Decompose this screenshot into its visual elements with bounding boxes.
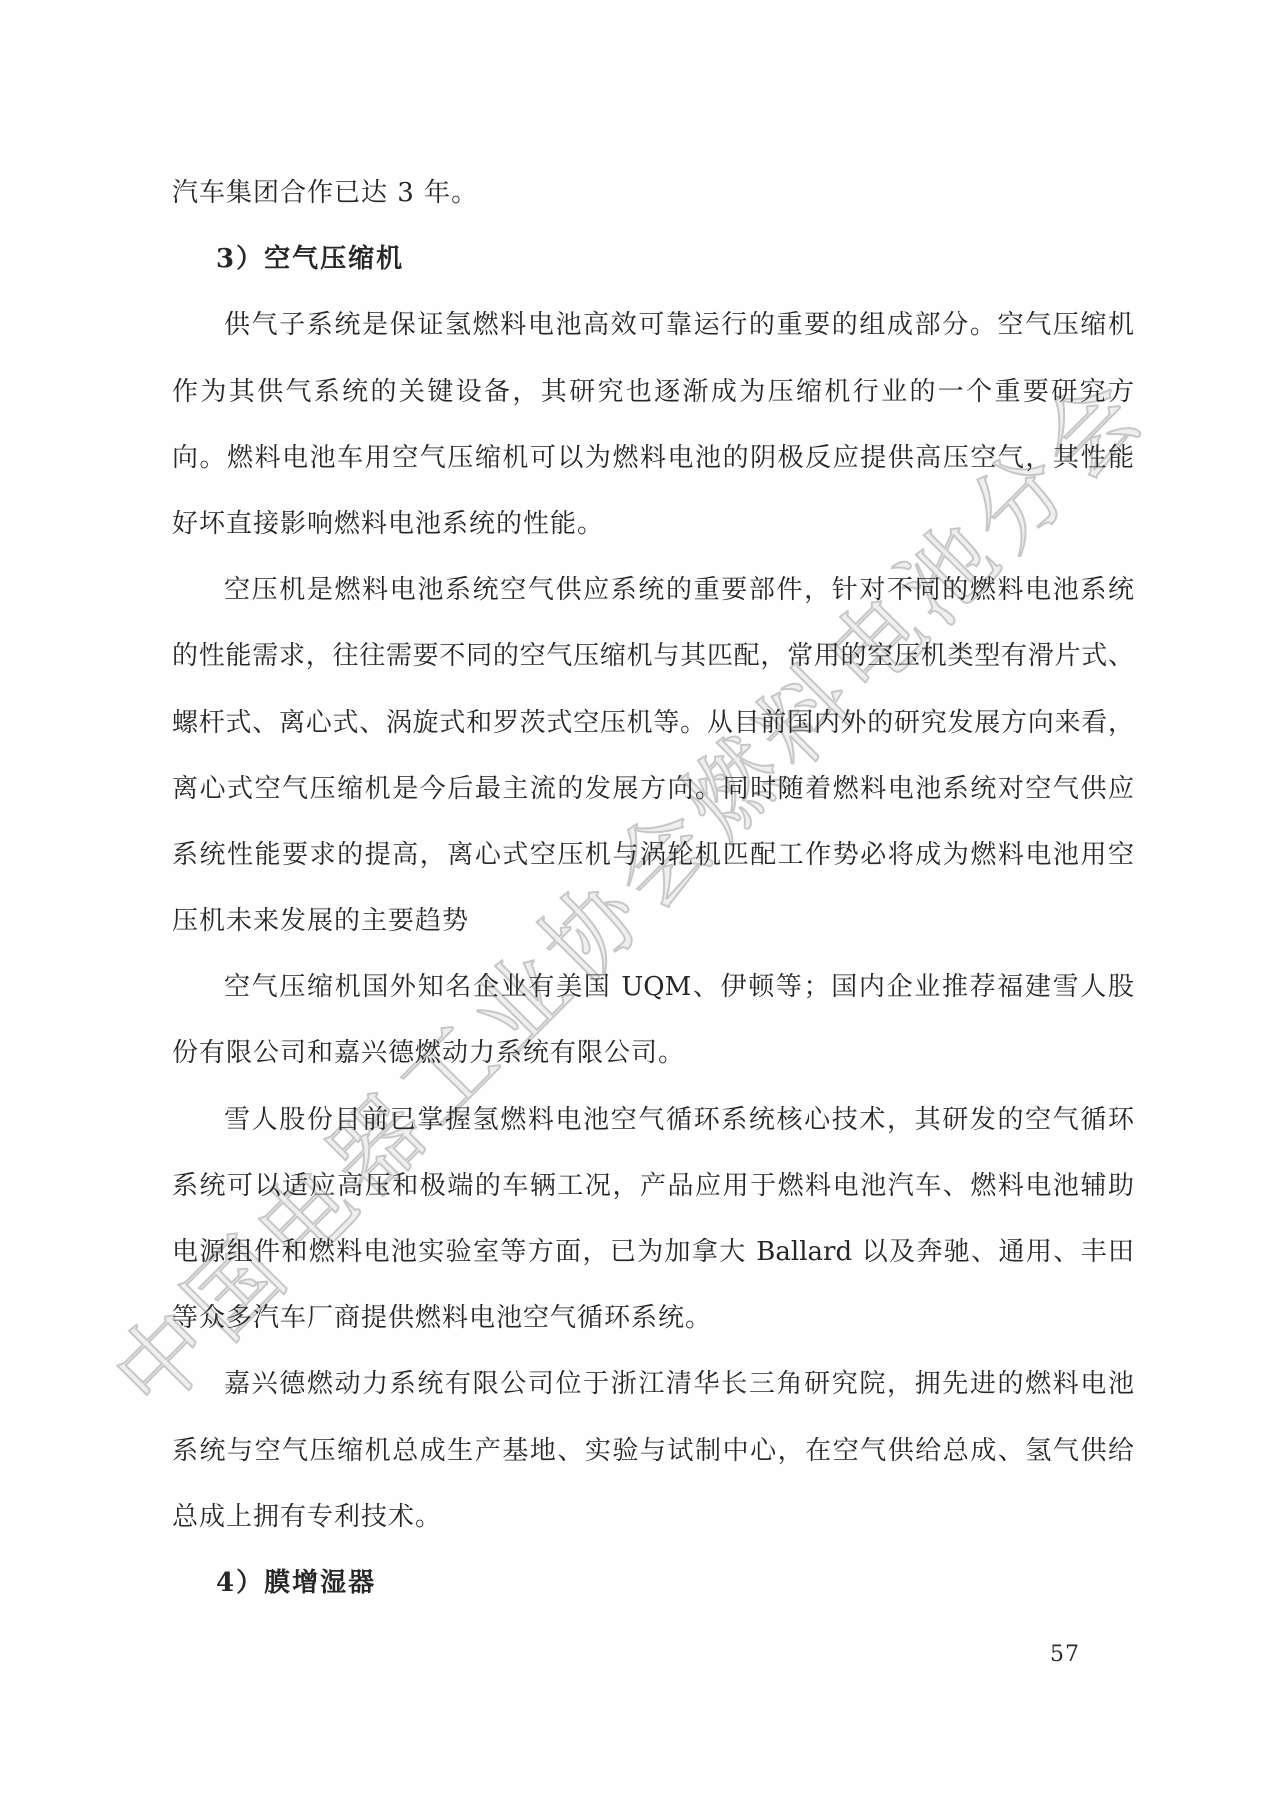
text-line: 等众多汽车厂商提供燃料电池空气循环系统。 [172,1285,1134,1351]
text-line: 嘉兴德燃动力系统有限公司位于浙江清华长三角研究院，拥先进的燃料电池 [172,1351,1134,1417]
text-line: 系统性能要求的提高，离心式空压机与涡轮机匹配工作势必将成为燃料电池用空 [172,822,1134,888]
text-line: 份有限公司和嘉兴德燃动力系统有限公司。 [172,1020,1134,1086]
text-line: 空压机是燃料电池系统空气供应系统的重要部件，针对不同的燃料电池系统 [172,557,1134,623]
text-line: 汽车集团合作已达 3 年。 [172,160,1134,226]
text-line: 向。燃料电池车用空气压缩机可以为燃料电池的阴极反应提供高压空气，其性能 [172,425,1134,491]
text-line: 作为其供气系统的关键设备，其研究也逐渐成为压缩机行业的一个重要研究方 [172,359,1134,425]
text-line: 的性能需求，往往需要不同的空气压缩机与其匹配，常用的空压机类型有滑片式、 [172,623,1134,689]
text-line: 总成上拥有专利技术。 [172,1484,1134,1550]
text-line: 系统与空气压缩机总成生产基地、实验与试制中心，在空气供给总成、氢气供给 [172,1418,1134,1484]
text-line: 供气子系统是保证氢燃料电池高效可靠运行的重要的组成部分。空气压缩机 [172,292,1134,358]
text-line: 离心式空气压缩机是今后最主流的发展方向。同时随着燃料电池系统对空气供应 [172,756,1134,822]
section-heading: 4）膜增湿器 [172,1550,1134,1616]
text-line: 雪人股份目前已掌握氢燃料电池空气循环系统核心技术，其研发的空气循环 [172,1087,1134,1153]
text-line: 压机未来发展的主要趋势 [172,888,1134,954]
page-number: 57 [1050,1642,1080,1667]
text-line: 系统可以适应高压和极端的车辆工况，产品应用于燃料电池汽车、燃料电池辅助 [172,1153,1134,1219]
document-body: 汽车集团合作已达 3 年。3）空气压缩机供气子系统是保证氢燃料电池高效可靠运行的… [172,160,1134,1616]
document-page: 中国电器工业协会燃料电池分会 汽车集团合作已达 3 年。3）空气压缩机供气子系统… [0,0,1273,1800]
text-line: 空气压缩机国外知名企业有美国 UQM、伊顿等；国内企业推荐福建雪人股 [172,954,1134,1020]
text-line: 螺杆式、离心式、涡旋式和罗茨式空压机等。从目前国内外的研究发展方向来看， [172,690,1134,756]
section-heading: 3）空气压缩机 [172,226,1134,292]
text-line: 电源组件和燃料电池实验室等方面，已为加拿大 Ballard 以及奔驰、通用、丰田 [172,1219,1134,1285]
text-line: 好坏直接影响燃料电池系统的性能。 [172,491,1134,557]
